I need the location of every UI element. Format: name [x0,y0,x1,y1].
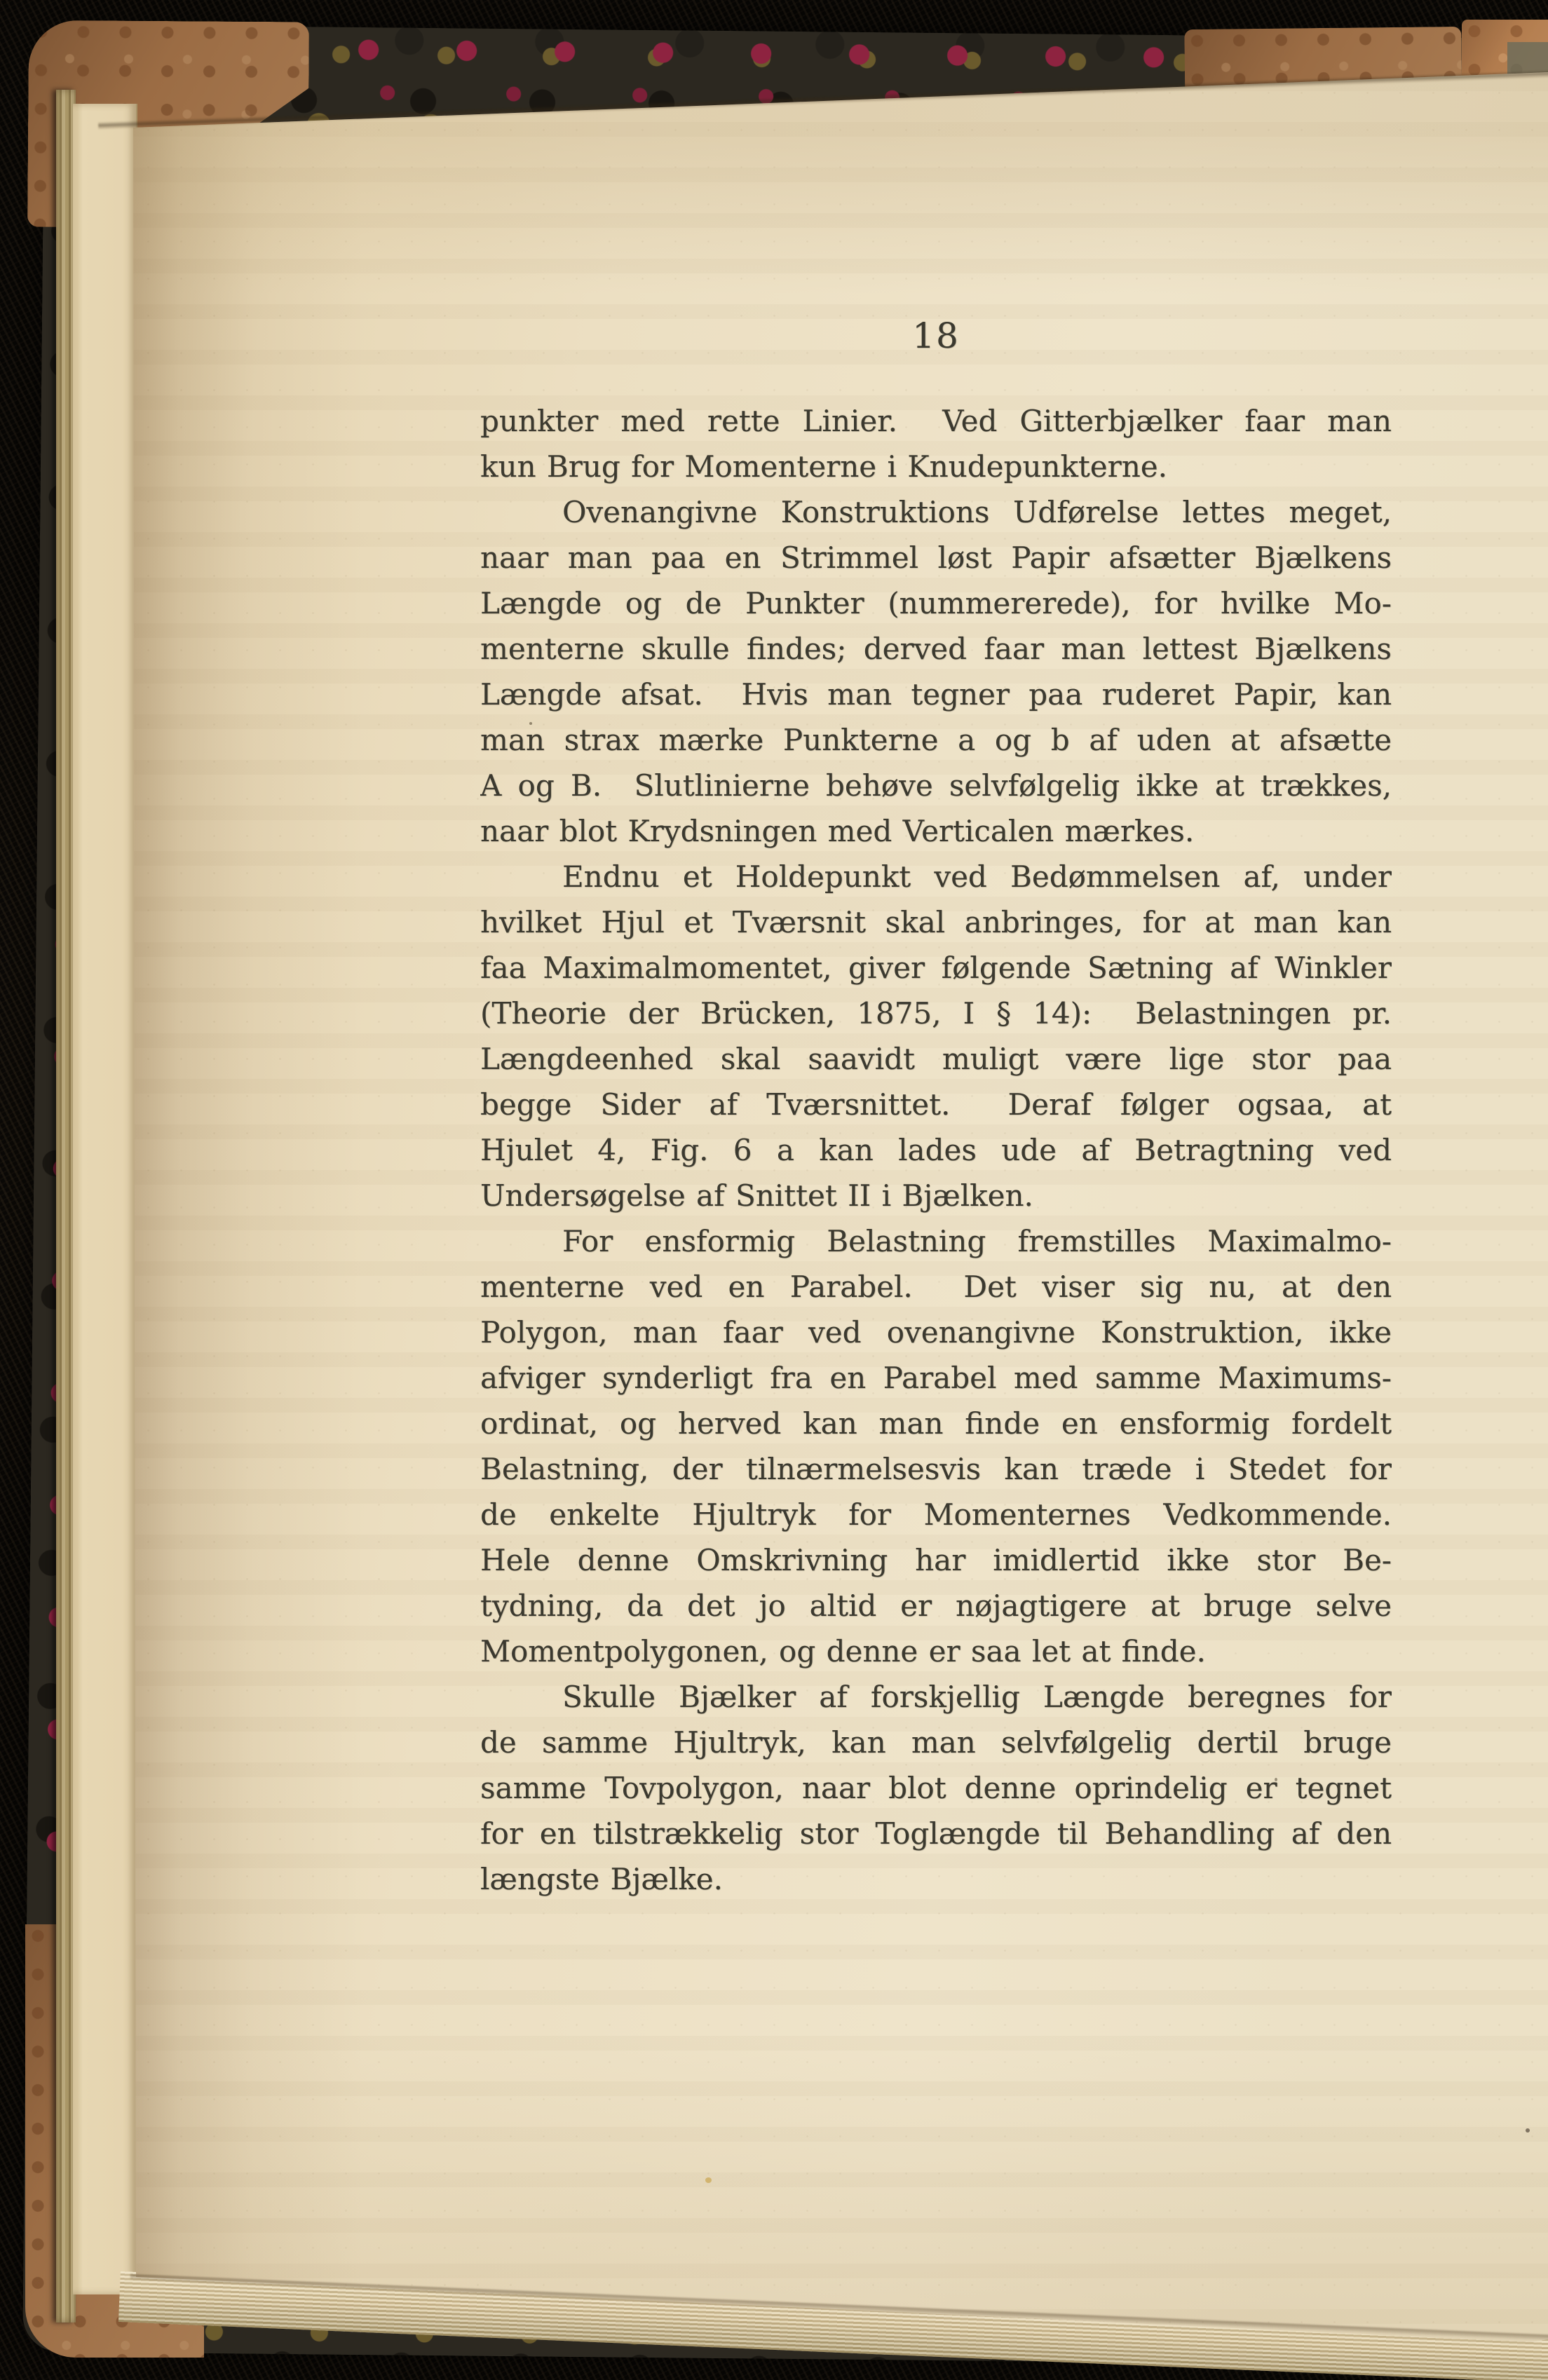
text-line: Hjulet 4, Fig. 6 a kan lades ude af Betr… [480,1127,1392,1173]
text-line: Hele denne Omskrivning har imidlertid ik… [480,1537,1392,1583]
text-line: begge Sider af Tværsnittet. Deraf følger… [480,1082,1392,1127]
text-line: Længde afsat. Hvis man tegner paa rudere… [480,672,1392,717]
text-line: A og B. Slutlinierne behøve selvfølgelig… [480,763,1392,808]
body-text: punkter med rette Linier. Ved Gitterbjæl… [480,398,1392,1902]
paper-speck [529,722,532,725]
text-line: tydning, da det jo altid er nøjagtigere … [480,1583,1392,1628]
under-page-edge [73,104,137,2294]
text-line: Momentpolygonen, og denne er saa let at … [480,1628,1392,1674]
text-line: samme Tovpolygon, naar blot denne oprind… [480,1765,1392,1811]
paper-speck [1526,2128,1530,2133]
text-line: menterne skulle findes; derved faar man … [480,626,1392,672]
text-line: Belastning, der tilnærmelsesvis kan træd… [480,1446,1392,1492]
text-line: (Theorie der Brücken, 1875, I § 14): Bel… [480,991,1392,1036]
text-line: punkter med rette Linier. Ved Gitterbjæl… [480,398,1392,444]
text-line: Endnu et Holdepunkt ved Bedømmelsen af, … [480,854,1392,899]
text-line: hvilket Hjul et Tværsnit skal anbringes,… [480,899,1392,945]
text-line: naar man paa en Strimmel løst Papir afsæ… [480,535,1392,580]
text-line: naar blot Krydsningen med Verticalen mær… [480,808,1392,854]
text-line: længste Bjælke. [480,1856,1392,1902]
scanned-book-photo: 18 punkter med rette Linier. Ved Gitterb… [0,0,1548,2380]
text-line: for en tilstrækkelig stor Toglængde til … [480,1811,1392,1856]
page-number: 18 [480,315,1392,359]
text-line: man strax mærke Punkterne a og b af uden… [480,717,1392,763]
text-line: menterne ved en Parabel. Det viser sig n… [480,1264,1392,1310]
text-line: faa Maximalmomentet, giver følgende Sætn… [480,945,1392,991]
text-line: Længdeenhed skal saavidt muligt være lig… [480,1036,1392,1082]
paper-speck [705,2177,712,2183]
paper-speck [1275,1778,1277,1781]
text-line: de enkelte Hjultryk for Momenternes Vedk… [480,1492,1392,1537]
text-line: Skulle Bjælker af forskjellig Længde ber… [480,1674,1392,1720]
text-line: Undersøgelse af Snittet II i Bjælken. [480,1173,1392,1218]
text-line: For ensformig Belastning fremstilles Max… [480,1218,1392,1264]
text-line: kun Brug for Momenterne i Knudepunkterne… [480,444,1392,489]
text-line: afviger synderligt fra en Parabel med sa… [480,1355,1392,1401]
text-line: Polygon, man faar ved ovenangivne Konstr… [480,1310,1392,1355]
text-line: Længde og de Punkter (nummererede), for … [480,580,1392,626]
text-line: Ovenangivne Konstruktions Udførelse lett… [480,489,1392,535]
text-line: ordinat, og herved kan man finde en ensf… [480,1401,1392,1446]
text-line: de samme Hjultryk, kan man selvfølgelig … [480,1720,1392,1765]
